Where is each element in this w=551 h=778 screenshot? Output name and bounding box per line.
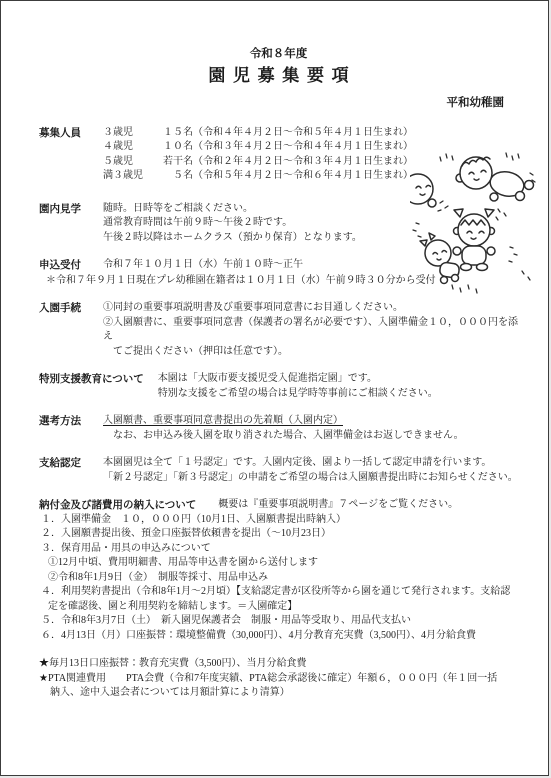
section-selection: 選考方法 入園願書、重要事項同意書提出の先着順（入園内定） なお、お申込み後入園… bbox=[39, 414, 518, 443]
fiscal-year: 令和８年度 bbox=[39, 47, 518, 62]
birthrange-cell: （令和４年４月２日～令和５年４月１日生まれ） bbox=[193, 126, 413, 141]
selection-line-underlined: 入園願書、重要事項同意書提出の先着順（入園内定） bbox=[103, 414, 518, 429]
procedure-label: 入園手続 bbox=[39, 301, 103, 359]
section-special-support: 特別支援教育について 本園は「大阪市要支援児受入促進指定園」です。 特別な支援を… bbox=[39, 372, 518, 401]
payment-item-continuation: 定を確認後、園と利用契約を締結します。＝入園確定】 bbox=[48, 600, 518, 615]
birthrange-cell: （令和５年４月２日～令和６年４月１日生まれ） bbox=[193, 169, 413, 184]
footnote-continuation: 納入、途中入退会者については月額計算により清算） bbox=[50, 686, 518, 701]
children-illustration bbox=[410, 151, 542, 299]
payment-item: ２．入園願書提出後、預金口座振替依頼書を提出（～10月23日） bbox=[41, 527, 518, 542]
payment-label: 納付金及び諸費用の納入について bbox=[39, 498, 196, 513]
page-title: 園児募集要項 bbox=[39, 69, 518, 84]
grade-cell: ４歳児 bbox=[103, 140, 155, 155]
recruitment-row: ３歳児 １５名 （令和４年４月２日～令和５年４月１日生まれ） bbox=[103, 126, 518, 141]
recruitment-label: 募集人員 bbox=[39, 126, 103, 184]
payment-items: １．入園準備金 １０，０００円（10月1日、入園願書提出時納入） ２．入園願書提… bbox=[39, 513, 518, 644]
grade-cell: ５歳児 bbox=[103, 155, 155, 170]
certification-line: 「新２号認定」「新３号認定」の申請をご希望の場合は入園願書提出時にお知らせくださ… bbox=[103, 471, 518, 486]
document-page: 令和８年度 園児募集要項 平和幼稚園 募集人員 ３歳児 １５名 （令和４年４月２… bbox=[0, 0, 549, 776]
selection-line: なお、お申込み後入園を取り消された場合、入園準備金はお返しできません。 bbox=[113, 429, 518, 444]
payment-subitem: ①12月中頃、費用明細書、用品等申込書を園から送付します bbox=[48, 556, 518, 571]
count-cell: １０名 bbox=[155, 140, 193, 155]
kid-small bbox=[420, 233, 460, 284]
selection-label: 選考方法 bbox=[39, 414, 103, 443]
payment-item: ４．利用契約書提出（令和8年1月～2月頃）【支給認定書が区役所等から園を通じて発… bbox=[41, 585, 518, 600]
certification-label: 支給認定 bbox=[39, 456, 103, 485]
section-certification: 支給認定 本園園児は全て「１号認定」です。入園内定後、園より一括して認定申請を行… bbox=[39, 456, 518, 485]
special-support-line: 本園は「大阪市要支援児受入促進指定園」です。 bbox=[158, 372, 518, 387]
payment-item: １．入園準備金 １０，０００円（10月1日、入園願書提出時納入） bbox=[41, 513, 518, 528]
payment-item: ５．令和8年3月7日（土） 新入園児保護者会 制服・用品等受取り、用品代支払い bbox=[41, 614, 518, 629]
kid-sitting bbox=[453, 209, 495, 271]
grade-cell: ３歳児 bbox=[103, 126, 155, 141]
certification-line: 本園園児は全て「１号認定」です。入園内定後、園より一括して認定申請を行います。 bbox=[103, 456, 518, 471]
footnote-line: ★PTA関連費用 PTA会費（令和7年度実績、PTA総会承認後に確定）年額６，０… bbox=[39, 672, 518, 687]
procedure-line: ②入園願書に、重要事項同意書（保護者の署名が必要です）、入園準備金１０，０００円… bbox=[103, 316, 518, 345]
section-procedure: 入園手続 ①同封の重要事項説明書及び重要事項同意書にお目通しください。 ②入園願… bbox=[39, 301, 518, 359]
birthrange-cell: （令和３年４月２日～令和４年４月１日生まれ） bbox=[193, 140, 413, 155]
payment-item: ６．4月13日（月）口座振替：環境整備費（30,000円）、4月分教育充実費（3… bbox=[41, 629, 518, 644]
footnotes: ★毎月13日口座振替：教育充実費（3,500円）、当月分給食費 ★PTA関連費用… bbox=[39, 657, 518, 701]
special-support-label: 特別支援教育について bbox=[39, 372, 144, 401]
kid-crawling bbox=[456, 157, 534, 201]
application-label: 申込受付 bbox=[39, 258, 103, 273]
grade-cell: 満３歳児 bbox=[103, 169, 155, 184]
procedure-line: ①同封の重要事項説明書及び重要事項同意書にお目通しください。 bbox=[103, 301, 518, 316]
payment-subitem: ②令和8年1月9日（金） 制服等採寸、用品申込み bbox=[48, 571, 518, 586]
footnote-line: ★毎月13日口座振替：教育充実費（3,500円）、当月分給食費 bbox=[39, 657, 518, 672]
count-cell: 若干名 bbox=[155, 155, 193, 170]
special-support-line: 特別な支援をご希望の場合は見学時等事前にご相談ください。 bbox=[158, 387, 518, 402]
birthrange-cell: （令和２年４月２日～令和３年４月１日生まれ） bbox=[193, 155, 413, 170]
school-name: 平和幼稚園 bbox=[39, 96, 518, 111]
count-cell: １５名 bbox=[155, 126, 193, 141]
kid-peeking bbox=[410, 174, 436, 207]
payment-item: ３．保育用品・用具の申込みについて bbox=[41, 542, 518, 557]
payment-intro: 概要は『重要事項説明書』７ページをご覧ください。 bbox=[218, 498, 458, 513]
section-payment: 納付金及び諸費用の納入について 概要は『重要事項説明書』７ページをご覧ください。 bbox=[39, 498, 518, 513]
visit-label: 園内見学 bbox=[39, 202, 103, 246]
count-cell: ５名 bbox=[155, 169, 193, 184]
procedure-line: てご提出ください（押印は任意です）。 bbox=[113, 345, 518, 360]
